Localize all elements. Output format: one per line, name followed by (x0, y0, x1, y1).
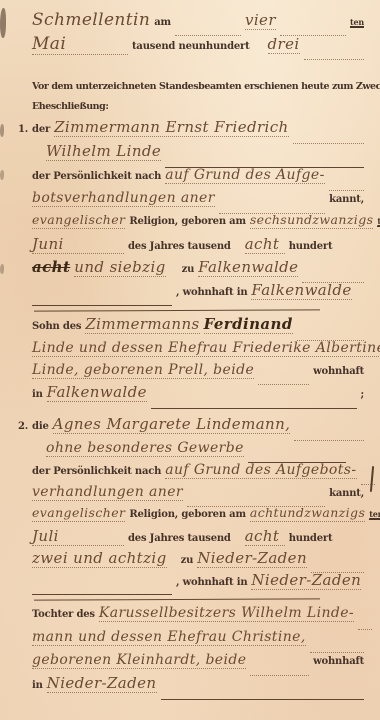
birth-day-entry: sechsundzwanzigs (250, 214, 374, 229)
ruled-blank (187, 485, 325, 507)
ruled-blank (248, 441, 346, 463)
bride-parents-row-3: geborenen Kleinhardt, beide wohnhaft (32, 653, 364, 676)
identity-entry-2: verhandlungen aner (32, 485, 183, 501)
year-entry: drei (268, 37, 300, 54)
parents-entry-2: Linde und dessen Ehefrau Friederike Albe… (32, 341, 380, 357)
place-entry: Schmellentin (32, 12, 150, 29)
birthplace-entry: Nieder-Zaden (197, 551, 307, 568)
ordinal-suffix: ten (350, 17, 364, 28)
jahres-label: des Jahres tausend (128, 533, 231, 544)
zu-label: zu (181, 555, 194, 566)
century-entry: acht (245, 237, 285, 254)
wohnhaft-in-label: , wohnhaft in (176, 287, 247, 298)
groom-parents-row-1: Sohn des Zimmermanns Ferdinand (32, 317, 364, 341)
ruled-blank (165, 144, 364, 168)
religion-label: Religion, geboren am (129, 509, 245, 520)
scan-artifact (0, 124, 4, 137)
der-label: der (32, 124, 50, 135)
ruled-blank (32, 283, 172, 306)
tochter-des-label: Tochter des (32, 609, 95, 620)
ruled-blank (302, 260, 364, 283)
ruled-blank (294, 417, 364, 441)
identity-entry-1: auf Grund des Aufgebots- (165, 463, 356, 479)
ruled-blank (297, 317, 364, 341)
scan-artifact (0, 8, 6, 38)
kannt-label: kannt, (329, 488, 364, 499)
ruled-blank (293, 120, 364, 144)
parents-residence-entry: Nieder-Zaden (47, 676, 157, 693)
bride-residence-row: , wohnhaft in Nieder-Zaden (32, 573, 364, 595)
bride-name-entry: Agnes Margarete Lindemann, (53, 417, 291, 434)
bride-parents-residence-row: in Nieder-Zaden (32, 676, 364, 700)
scan-artifact (0, 264, 4, 274)
persoenlichkeit-label: der Persönlichkeit nach (32, 466, 161, 477)
religion-label: Religion, geboren am (129, 216, 245, 227)
ruled-blank (310, 630, 364, 653)
jahres-label: des Jahres tausend (128, 241, 231, 252)
intro-text: Vor dem unterzeichneten Standesbeamten e… (32, 81, 380, 92)
bride-identity-row-1: der Persönlichkeit nach auf Grund des Au… (32, 463, 364, 485)
item-number: 1. (18, 124, 28, 135)
groom-identity-row-2: botsverhandlungen aner kannt, (32, 191, 364, 214)
groom-parents-residence-row: in Falkenwalde ; (32, 385, 364, 409)
birth-month-entry: Juni (32, 237, 124, 254)
kannt-label: kannt, (329, 194, 364, 205)
ordinal-suffix: ten (369, 509, 380, 520)
ruled-blank (219, 191, 325, 214)
groom-birth-year-row: acht und siebzig zu Falkenwalde (32, 260, 364, 283)
scan-artifact (0, 170, 4, 180)
parents-entry-3: Linde, geborenen Prell, beide (32, 363, 254, 379)
in-label: in (32, 680, 43, 691)
am-label: am (154, 17, 171, 28)
ruled-blank (304, 36, 364, 60)
parents-entry-2: mann und dessen Ehefrau Christine, (32, 630, 306, 646)
groom-residence-row: , wohnhaft in Falkenwalde (32, 283, 364, 306)
ruled-blank (358, 606, 372, 630)
section-divider (34, 598, 320, 600)
wohnhaft-label: wohnhaft (313, 366, 364, 377)
century-entry: acht (245, 529, 285, 546)
zu-label: zu (182, 264, 195, 275)
father-entry: Karussellbesitzers Wilhelm Linde- (99, 606, 354, 622)
groom-religion-row: evangelischer Religion, geboren am sechs… (32, 214, 364, 237)
bride-name-row-2: ohne besonderes Gewerbe (32, 441, 364, 463)
groom-birth-month-row: Juni des Jahres tausend acht hundert (32, 237, 364, 260)
parents-residence-entry: Falkenwalde (47, 385, 147, 402)
religion-entry: evangelischer (32, 507, 125, 522)
sohn-des-label: Sohn des (32, 321, 81, 332)
bride-occupation-entry: ohne besonderes Gewerbe (46, 441, 244, 457)
spacer (350, 441, 364, 463)
wohnhaft-label: wohnhaft (313, 656, 364, 667)
ruled-blank (32, 573, 172, 595)
groom-name-continued: Wilhelm Linde (46, 144, 161, 161)
persoenlichkeit-label: der Persönlichkeit nach (32, 171, 161, 182)
bride-parents-row-2: mann und dessen Ehefrau Christine, (32, 630, 364, 653)
ruled-blank (175, 12, 241, 36)
bride-parents-row-1: Tochter des Karussellbesitzers Wilhelm L… (32, 606, 364, 630)
bride-birth-year-row: zwei und achtzig zu Nieder-Zaden (32, 551, 364, 573)
ruled-blank (311, 551, 364, 573)
residence-entry: Nieder-Zaden (251, 573, 361, 590)
groom-occupation-name: Zimmermann Ernst Friedrich (54, 120, 289, 137)
intro-text-2: Eheschließung: (32, 101, 108, 112)
bride-name-row-1: 2. die Agnes Margarete Lindemann, (32, 417, 364, 441)
semicolon: ; (361, 389, 365, 400)
groom-name-row-1: 1. der Zimmermann Ernst Friedrich (32, 120, 364, 144)
birthplace-entry: Falkenwalde (198, 260, 298, 277)
registry-document-page: Schmellentin am vier ten Mai tausend neu… (0, 0, 380, 720)
religion-entry: evangelischer (32, 214, 125, 229)
dateline-row-1: Schmellentin am vier ten (32, 12, 364, 36)
dateline-row-2: Mai tausend neunhundert drei (32, 36, 364, 60)
groom-parents-row-2: Linde und dessen Ehefrau Friederike Albe… (32, 341, 364, 363)
year-entry-struck: acht (32, 260, 70, 275)
wohnhaft-in-label: , wohnhaft in (176, 577, 247, 588)
residence-entry: Falkenwalde (251, 283, 351, 300)
registrar-intro: Vor dem unterzeichneten Standesbeamten e… (32, 74, 364, 94)
hundert-label: hundert (289, 241, 333, 252)
year-label: tausend neunhundert (132, 41, 250, 52)
father-name-entry: Ferdinand (204, 317, 293, 334)
hundert-label: hundert (289, 533, 333, 544)
parents-entry-3: geborenen Kleinhardt, beide (32, 653, 246, 669)
registrar-intro-2: Eheschließung: (32, 94, 364, 114)
bride-birth-month-row: Juli des Jahres tausend acht hundert (32, 529, 364, 551)
section-divider (34, 309, 320, 311)
ruled-blank (151, 385, 357, 409)
ruled-blank (329, 168, 364, 191)
ruled-blank (161, 676, 365, 700)
identity-entry-1: auf Grund des Aufge- (165, 168, 324, 184)
birth-day-entry: achtundzwanzigs (250, 507, 365, 522)
item-number: 2. (18, 421, 28, 432)
groom-parents-row-3: Linde, geborenen Prell, beide wohnhaft (32, 363, 364, 385)
month-entry: Mai (32, 36, 128, 55)
father-occupation-entry: Zimmermanns (85, 317, 199, 334)
ruled-blank (361, 463, 375, 485)
year-entry: zwei und achtzig (32, 551, 167, 568)
year-entry-rest: und siebzig (74, 260, 165, 277)
ruled-blank (250, 653, 309, 676)
ruled-blank (258, 363, 309, 385)
identity-entry-2: botsverhandlungen aner (32, 191, 215, 207)
groom-identity-row-1: der Persönlichkeit nach auf Grund des Au… (32, 168, 364, 191)
die-label: die (32, 421, 49, 432)
bride-identity-row-2: verhandlungen aner kannt, (32, 485, 364, 507)
birth-month-entry: Juli (32, 529, 124, 546)
in-label: in (32, 389, 43, 400)
ruled-blank (280, 12, 346, 36)
day-entry: vier (245, 13, 276, 30)
groom-name-row-2: Wilhelm Linde (32, 144, 364, 168)
bride-religion-row: evangelischer Religion, geboren am achtu… (32, 507, 364, 529)
